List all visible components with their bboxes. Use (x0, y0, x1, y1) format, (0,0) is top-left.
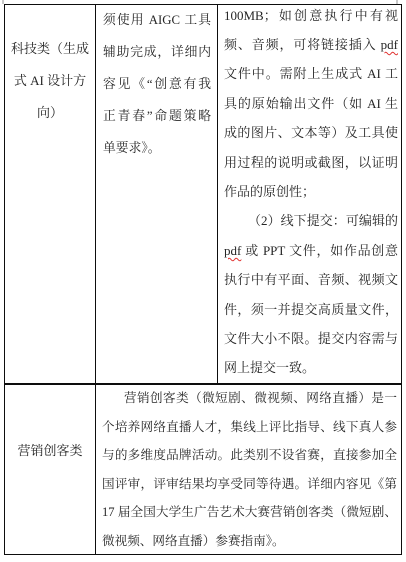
category-cell-marketing: 营销创客类 (6, 441, 94, 461)
misspelled-word: pdf (224, 243, 241, 258)
text-segment: 或 PPT 文件，如作品创意执行中有平面、音频、视频文件，须一并提交高质量文件，… (224, 243, 398, 376)
misspelled-word: pdf (381, 37, 398, 52)
category-cell-tech: 科技类（生成式 AI 设计方向） (6, 33, 94, 130)
marketing-description-cell: 营销创客类（微短剧、微视频、网络直播）是一个培养网络直播人才，集线上评比指导、线… (96, 384, 402, 556)
document-page: 科技类（生成式 AI 设计方向） 须使用 AIGC 工具辅助完成，详细内容见《“… (0, 0, 406, 562)
text-segment: 文件中。需附上生成式 AI 工具的原始输出文件（如 AI 生成的图片、文本等）及… (224, 66, 398, 199)
submission-paragraph-1: 100MB；如创意执行中有视频、音频，可将链接插入 pdf 文件中。需附上生成式… (224, 1, 398, 207)
submission-cell: 100MB；如创意执行中有视频、音频，可将链接插入 pdf 文件中。需附上生成式… (218, 1, 402, 383)
submission-paragraph-2: （2）线下提交：可编辑的 pdf 或 PPT 文件，如作品创意执行中有平面、音频… (224, 206, 398, 382)
requirement-cell: 须使用 AIGC 工具辅助完成，详细内容见《“创意有我正青春”命题策略单要求》。 (96, 4, 216, 164)
text-segment: 100MB；如创意执行中有视频、音频，可将链接插入 (224, 8, 398, 52)
text-segment: （2）线下提交：可编辑的 (248, 213, 398, 228)
